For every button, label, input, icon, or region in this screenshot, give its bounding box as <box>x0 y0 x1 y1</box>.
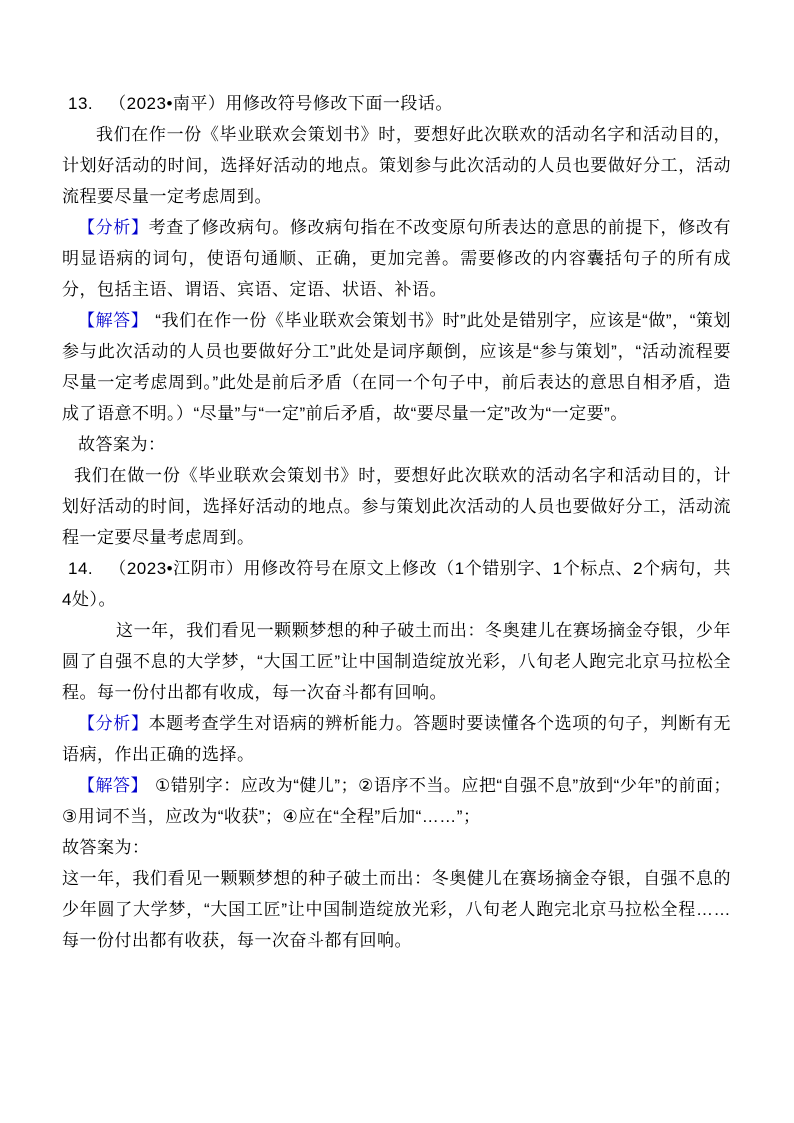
analysis-label: 【分析】 <box>78 218 149 237</box>
question-14-passage: 这一年，我们看见一颗颗梦想的种子破土而出：冬奥建儿在赛场摘金夺银，少年圆了自强不… <box>62 615 731 708</box>
question-13-number: 13. <box>68 94 93 113</box>
question-13-title: （2023•南平）用修改符号修改下面一段话。 <box>109 94 453 113</box>
question-13-header: 13.（2023•南平）用修改符号修改下面一段话。 <box>62 88 731 119</box>
question-14-number: 14. <box>68 559 93 578</box>
question-14-header: 14.（2023•江阴市）用修改符号在原文上修改（1个错别字、1个标点、2个病句… <box>62 553 731 615</box>
analysis-text: 本题考查学生对语病的辨析能力。答题时要读懂各个选项的句子，判断有无语病，作出正确… <box>62 714 731 764</box>
question-14-final-answer: 这一年，我们看见一颗颗梦想的种子破土而出：冬奥健儿在赛场摘金夺银，自强不息的少年… <box>62 863 731 956</box>
question-13-final-answer: 我们在做一份《毕业联欢会策划书》时，要想好此次联欢的活动名字和活动目的，计划好活… <box>62 460 731 553</box>
question-14: 14.（2023•江阴市）用修改符号在原文上修改（1个错别字、1个标点、2个病句… <box>62 553 731 956</box>
analysis-text: 考查了修改病句。修改病句指在不改变原句所表达的意思的前提下，修改有明显语病的词句… <box>62 218 731 299</box>
question-14-answer: 【解答】①错别字：应改为“健儿”；②语序不当。应把“自强不息”放到“少年”的前面… <box>62 770 731 832</box>
answer-text: “我们在作一份《毕业联欢会策划书》时”此处是错别字，应该是“做”，“策划参与此次… <box>62 311 731 423</box>
question-13-passage: 我们在作一份《毕业联欢会策划书》时，要想好此次联欢的活动名字和活动目的，计划好活… <box>62 119 731 212</box>
document-page: 13.（2023•南平）用修改符号修改下面一段话。 我们在作一份《毕业联欢会策划… <box>0 0 794 1123</box>
document-body: 13.（2023•南平）用修改符号修改下面一段话。 我们在作一份《毕业联欢会策划… <box>62 88 731 956</box>
question-13-analysis: 【分析】考查了修改病句。修改病句指在不改变原句所表达的意思的前提下，修改有明显语… <box>62 212 731 305</box>
analysis-label: 【分析】 <box>78 714 149 733</box>
question-14-answer-intro: 故答案为： <box>62 832 731 863</box>
question-14-analysis: 【分析】本题考查学生对语病的辨析能力。答题时要读懂各个选项的句子，判断有无语病，… <box>62 708 731 770</box>
question-13: 13.（2023•南平）用修改符号修改下面一段话。 我们在作一份《毕业联欢会策划… <box>62 88 731 553</box>
question-13-answer: 【解答】“我们在作一份《毕业联欢会策划书》时”此处是错别字，应该是“做”，“策划… <box>62 305 731 429</box>
answer-label: 【解答】 <box>78 776 148 795</box>
question-13-answer-intro: 故答案为： <box>62 429 731 460</box>
question-14-title: （2023•江阴市）用修改符号在原文上修改（1个错别字、1个标点、2个病句，共4… <box>62 559 731 609</box>
answer-label: 【解答】 <box>78 311 148 330</box>
answer-text: ①错别字：应改为“健儿”；②语序不当。应把“自强不息”放到“少年”的前面；③用词… <box>62 776 731 826</box>
